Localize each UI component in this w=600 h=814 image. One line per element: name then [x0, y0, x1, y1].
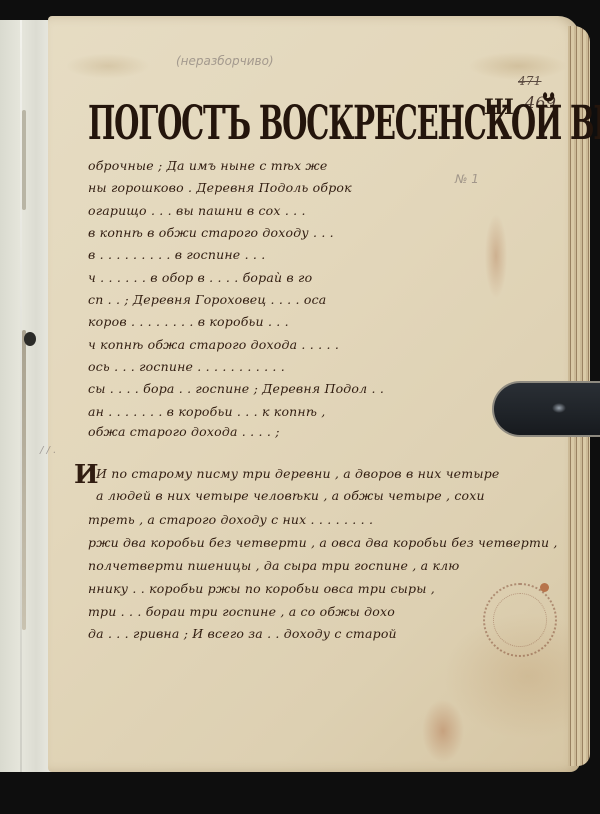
text-line: полчетверти пшеницы , да сыра три госпин…	[88, 558, 460, 573]
pencil-note-margin: / / .	[40, 445, 56, 456]
pencil-note-right: № 1	[455, 172, 479, 186]
text-line: ан . . . . . . . в коробьи . . . к копнѣ…	[88, 404, 325, 419]
text-line: в . . . . . . . . . в госпине . . .	[88, 247, 265, 262]
old-folio-number: 471	[518, 74, 542, 88]
text-line: И по старому писму три деревни , а дворо…	[96, 466, 500, 481]
binding-strip	[22, 330, 26, 630]
text-line: три . . . бораи три госпине , а со обжы …	[88, 604, 395, 619]
library-stamp	[483, 583, 557, 657]
text-line: ржи два коробьи без четверти , а овса дв…	[88, 535, 558, 550]
text-line: ннику . . коробьи ржы по коробьи овса тр…	[88, 581, 435, 596]
metal-clasp	[492, 381, 600, 437]
stamp-ring	[493, 593, 547, 647]
clasp-shine	[552, 403, 566, 413]
stain-dot	[540, 583, 549, 592]
binding-clip	[24, 332, 36, 346]
text-line: оброчные ; Да имъ ныне с тѣх же	[88, 158, 327, 173]
text-line: ны горошково . Деревня Подоль оброк	[88, 180, 352, 195]
text-line: сп . . ; Деревня Гороховец . . . . оса	[88, 292, 326, 307]
binding-tab	[22, 110, 26, 210]
text-line: да . . . гривна ; И всего за . . доходу …	[88, 626, 397, 641]
manuscript-photo: (неразборчиво) № 1 / / . 471 ІІІ, 469 ПО…	[0, 0, 600, 814]
text-line: ось . . . госпине . . . . . . . . . . .	[88, 359, 285, 374]
text-line: ч . . . . . . в обор в . . . . бораѝ в г…	[88, 270, 312, 285]
text-line: обжа старого дохода . . . . ;	[88, 424, 280, 439]
text-line: ч копнѣ обжа старого дохода . . . . .	[88, 337, 339, 352]
text-line: треть , а старого доходу с них . . . . .…	[88, 512, 373, 527]
text-line: коров . . . . . . . . в коробьи . . .	[88, 314, 289, 329]
text-line: огарищо . . . вы пашни в сох . . .	[88, 203, 306, 218]
pencil-note-top: (неразборчиво)	[176, 54, 274, 68]
left-facing-page	[0, 20, 52, 772]
text-line: а людей в них четыре человѣки , а обжы ч…	[96, 488, 485, 503]
text-line: в копнѣ в обжи старого доходу . . .	[88, 225, 334, 240]
text-line: сы . . . . бора . . госпине ; Деревня По…	[88, 381, 384, 396]
vyaz-title: ПОГОСТЪ ВОСКРЕСЕНСКОЙ ВЕЛИКОГО КНЯЗЯ ДЕР…	[88, 96, 600, 150]
